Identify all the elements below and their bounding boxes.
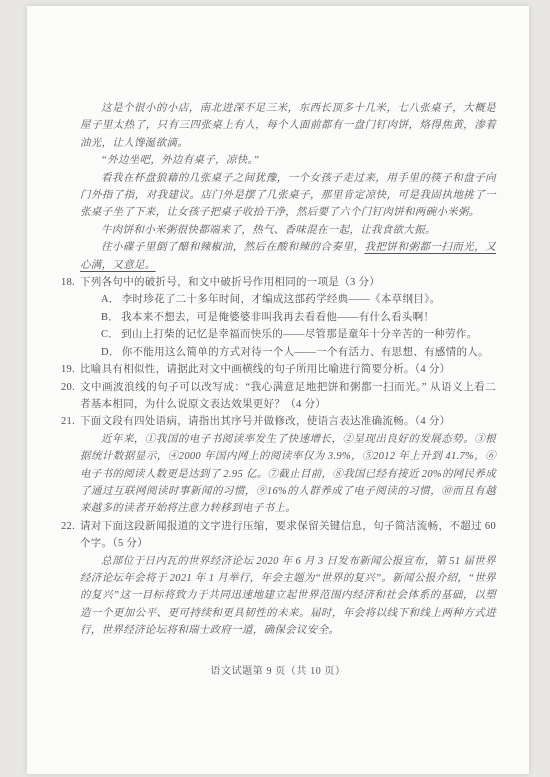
passage-paragraph-5: 往小碟子里倒了醋和辣椒油，然后在酸和辣的合奏里，我把饼和粥都一扫而光，又心满，又… bbox=[80, 239, 496, 274]
question-22-passage: 总部位于日内瓦的世界经济论坛 2020 年 6 月 3 日发布新闻公报宣布，第 … bbox=[80, 553, 496, 640]
question-21-stem: 下面文段有四处语病，请指出其序号并做修改，使语言表达准确流畅。（4 分） bbox=[80, 413, 496, 430]
question-18-option-b: B．我本来不想去，可是俺婆婆非叫我再去看看他——有什么看头啊！ bbox=[101, 309, 496, 326]
option-d-label: D． bbox=[101, 347, 120, 358]
page-footer: 语文试题第 9 页（共 10 页） bbox=[27, 662, 529, 677]
option-b-text: 我本来不想去，可是俺婆婆非叫我再去看看他——有什么看头啊！ bbox=[121, 312, 434, 323]
passage-paragraph-3: 看我在杯盘狼藉的几张桌子之间犹豫，一个女孩子走过来，用手里的筷子和盘子向门外指了… bbox=[80, 170, 496, 222]
exam-page: 这是个很小的小店，南北进深不足三米，东西长顶多十几米，七八张桌子，大概是屋子里太… bbox=[27, 6, 529, 774]
question-22-stem: 请对下面这段新闻报道的文字进行压缩，要求保留关键信息，句子简洁流畅，不超过 60… bbox=[80, 518, 496, 553]
question-18-option-c: C．到山上打柴的记忆是幸福而快乐的——尽管那是童年十分辛苦的一种劳作。 bbox=[101, 326, 496, 343]
passage-paragraph-2: “外边坐吧，外边有桌子，凉快。” bbox=[80, 152, 496, 169]
question-18-stem: 下列各句中的破折号，和文中破折号作用相同的一项是（3 分） bbox=[80, 274, 496, 291]
question-21: 21. 下面文段有四处语病，请指出其序号并做修改，使语言表达准确流畅。（4 分）… bbox=[80, 413, 496, 517]
passage-paragraph-1: 这是个很小的小店，南北进深不足三米，东西长顶多十几米，七八张桌子，大概是屋子里太… bbox=[80, 100, 496, 152]
passage-paragraph-4: 牛肉饼和小米粥很快都端来了，热气、香味混在一起，让我食欲大振。 bbox=[80, 222, 496, 239]
question-18-option-a: A．李时珍花了二十多年时间，才编成这部药学经典——《本草纲目》。 bbox=[101, 291, 496, 308]
question-18-option-d: D．你不能用这么简单的方式对待一个人——一个有活力、有思想、有感情的人。 bbox=[101, 344, 496, 361]
question-18: 18. 下列各句中的破折号，和文中破折号作用相同的一项是（3 分） A．李时珍花… bbox=[80, 274, 496, 361]
question-19: 19. 比喻具有相似性，请据此对文中画横线的句子所用比喻进行简要分析。（4 分） bbox=[80, 361, 496, 378]
question-22-number: 22. bbox=[61, 518, 80, 535]
question-20: 20. 文中画波浪线的句子可以改写成：“我心满意足地把饼和粥都一扫而光。” 从语… bbox=[80, 379, 496, 414]
question-22: 22. 请对下面这段新闻报道的文字进行压缩，要求保留关键信息，句子简洁流畅，不超… bbox=[80, 518, 496, 640]
question-20-stem: 文中画波浪线的句子可以改写成：“我心满意足地把饼和粥都一扫而光。” 从语义上看二… bbox=[80, 379, 496, 414]
question-20-number: 20. bbox=[61, 379, 80, 396]
option-c-label: C． bbox=[101, 329, 119, 340]
question-21-passage: 近年来，①我国的电子书阅读率发生了快速增长，②呈现出良好的发展态势。③根据统计数… bbox=[80, 431, 496, 518]
page-content: 这是个很小的小店，南北进深不足三米，东西长顶多十几米，七八张桌子，大概是屋子里太… bbox=[80, 100, 496, 640]
option-c-text: 到山上打柴的记忆是幸福而快乐的——尽管那是童年十分辛苦的一种劳作。 bbox=[121, 329, 477, 340]
option-a-text: 李时珍花了二十多年时间，才编成这部药学经典——《本草纲目》。 bbox=[122, 294, 441, 305]
option-d-text: 你不能用这么简单的方式对待一个人——一个有活力、有思想、有感情的人。 bbox=[122, 347, 489, 358]
question-18-number: 18. bbox=[61, 274, 80, 291]
option-b-label: B． bbox=[101, 312, 119, 323]
question-21-number: 21. bbox=[61, 413, 80, 430]
question-19-stem: 比喻具有相似性，请据此对文中画横线的句子所用比喻进行简要分析。（4 分） bbox=[80, 361, 496, 378]
option-a-label: A． bbox=[101, 294, 120, 305]
passage-final-lead: 往小碟子里倒了醋和辣椒油，然后在酸和辣的合奏里， bbox=[101, 242, 364, 253]
question-19-number: 19. bbox=[61, 361, 80, 378]
reading-passage: 这是个很小的小店，南北进深不足三米，东西长顶多十几米，七八张桌子，大概是屋子里太… bbox=[80, 100, 496, 274]
